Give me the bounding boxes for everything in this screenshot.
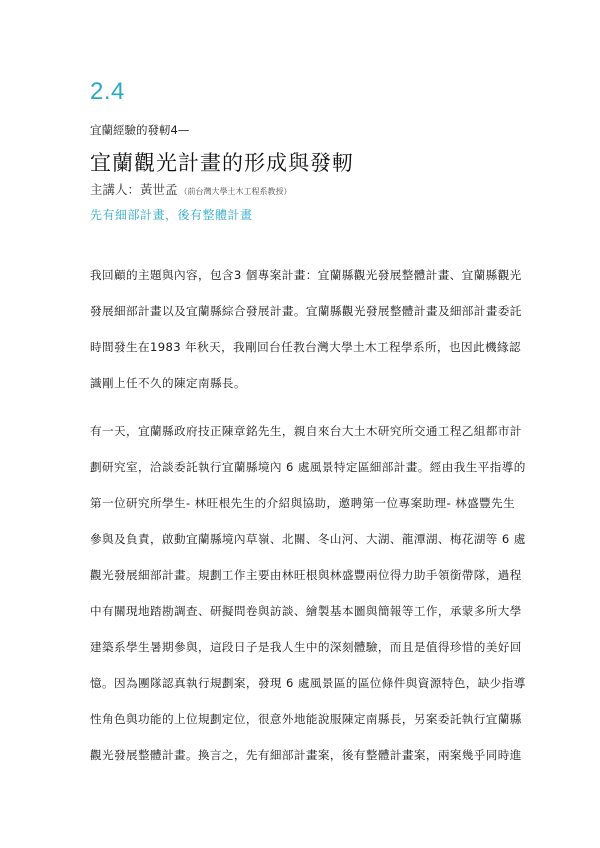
text-line: 我回顧的主題與內容，包含3 個專案計畫：宜蘭縣觀光發展整體計畫、宜蘭縣觀光 <box>90 257 515 293</box>
text-line: 建築系學生暑期參與，這段日子是我人生中的深刻體驗，而且是值得珍惜的美好回 <box>90 629 515 665</box>
section-number: 2.4 <box>90 78 125 106</box>
paragraph-2: 有一天，宜蘭縣政府技正陳章銘先生，親自來台大土木研究所交通工程乙組都市計 劃研究… <box>90 413 515 773</box>
text-line: 第一位研究所學生- 林旺根先生的介紹與協助，邀聘第一位專案助理- 林盛豐先生 <box>90 485 515 521</box>
section-subheading: 先有細部計畫，後有整體計畫 <box>90 206 253 224</box>
text-line: 性角色與功能的上位規劃定位，很意外地能說服陳定南縣長，另案委託執行宜蘭縣 <box>90 701 515 737</box>
body-text: 我回顧的主題與內容，包含3 個專案計畫：宜蘭縣觀光發展整體計畫、宜蘭縣觀光 發展… <box>90 257 515 785</box>
document-page: 2.4 宜蘭經驗的發軔4— 宜蘭觀光計畫的形成與發軔 主講人：黃世孟（前台灣大學… <box>0 0 600 848</box>
paragraph-1: 我回顧的主題與內容，包含3 個專案計畫：宜蘭縣觀光發展整體計畫、宜蘭縣觀光 發展… <box>90 257 515 401</box>
text-line: 時間發生在1983 年秋天，我剛回台任教台灣大學土木工程學系所，也因此機緣認 <box>90 329 515 365</box>
text-line: 憶。因為團隊認真執行規劃案，發現 6 處風景區的區位條件與資源特色，缺少指導 <box>90 665 515 701</box>
page-title: 宜蘭觀光計畫的形成與發軔 <box>90 149 354 177</box>
text-line: 觀光發展整體計畫。換言之，先有細部計畫案，後有整體計畫案，兩案幾乎同時進 <box>90 737 515 773</box>
speaker-line: 主講人：黃世孟（前台灣大學土木工程系教授） <box>90 181 292 201</box>
text-line: 參與及負責，啟動宜蘭縣境內草嶺、北關、冬山河、大湖、龍潭湖、梅花湖等 6 處 <box>90 521 515 557</box>
text-line: 中有關現地踏勘調查、研擬問卷與訪談、繪製基本圖與簡報等工作，承蒙多所大學 <box>90 593 515 629</box>
text-line: 觀光發展細部計畫。規劃工作主要由林旺根與林盛豐兩位得力助手領銜帶隊，過程 <box>90 557 515 593</box>
text-line: 識剛上任不久的陳定南縣長。 <box>90 365 515 401</box>
text-line: 發展細部計畫以及宜蘭縣綜合發展計畫。宜蘭縣觀光發展整體計畫及細部計畫委託 <box>90 293 515 329</box>
speaker-name: 主講人：黃世孟 <box>90 182 178 197</box>
text-line: 劃研究室，洽談委託執行宜蘭縣境內 6 處風景特定區細部計畫。經由我生平指導的 <box>90 449 515 485</box>
text-line: 有一天，宜蘭縣政府技正陳章銘先生，親自來台大土木研究所交通工程乙組都市計 <box>90 413 515 449</box>
series-label: 宜蘭經驗的發軔4— <box>90 122 189 138</box>
speaker-affiliation: （前台灣大學土木工程系教授） <box>180 187 292 196</box>
